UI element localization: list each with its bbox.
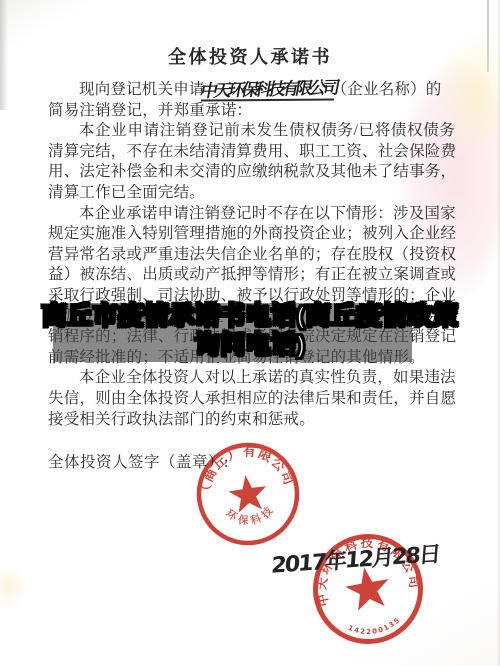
seo-banner-title-line1: 商丘市疫情承诺书电话(商丘疫情政策 — [0, 302, 500, 331]
seo-banner-title-line2: 询问电话) — [0, 331, 500, 360]
paragraph2-line: 清算完结，不存在未结清清算费用、职工工资、社会保险费 — [48, 142, 455, 163]
paragraph4-line: 失信，则由全体投资人承担相应的法律后果和责任，并自愿 — [48, 389, 455, 410]
seo-banner-title: 商丘市疫情承诺书电话(商丘疫情政策 询问电话) — [0, 302, 500, 360]
seal-bottom-text: 环保科技 — [222, 500, 280, 531]
document-title: 全体投资人承诺书 — [0, 43, 500, 69]
paragraph2-line: 本企业申请注销登记前未发生债权债务/已将债权债务 — [48, 121, 455, 142]
company-seal-shangqiu: （商丘）有限公司 环保科技 — [186, 432, 310, 556]
document-photo: 全体投资人承诺书 现向登记机关申请（企业名称）的 简易注销登记，并郑重承诺： 本… — [0, 0, 500, 666]
document-body: 现向登记机关申请（企业名称）的 简易注销登记，并郑重承诺： 本企业申请注销登记前… — [48, 80, 455, 430]
p1-suffix: （企业名称）的 — [332, 81, 442, 98]
paragraph3-line: 营异常名录或严重违法失信企业名单的；存在股权（投资权 — [48, 245, 455, 266]
handwritten-company-name: 中天环保科技有限公司 — [195, 73, 342, 102]
paragraph4-line: 接受相关行政执法部门的约束和惩戒。 — [48, 410, 455, 431]
paragraph3-line: 规定实施准入特别管理措施的外商投资企业；被列入企业经 — [48, 224, 455, 245]
paragraph3-line: 本企业承诺申请注销登记时不存在以下情形：涉及国家 — [48, 204, 455, 225]
paragraph2-line: 清算工作已全面完结。 — [48, 183, 455, 204]
p1-prefix: 现向登记机关申请 — [79, 81, 205, 98]
paragraph3-line: 益）被冻结、出质或动产抵押等情形；有正在被立案调查或 — [48, 265, 455, 286]
paper-stain-left — [0, 565, 28, 610]
paragraph4-line: 本企业全体投资人对以上承诺的真实性负责，如果违法 — [48, 368, 455, 389]
paragraph2-line: 用、法定补偿金和未交清的应缴纳税款及其他未了结事务， — [48, 162, 455, 183]
svg-text:环保科技: 环保科技 — [222, 500, 280, 531]
paragraph1-line2: 简易注销登记，并郑重承诺： — [48, 101, 455, 122]
seal-star-icon — [227, 473, 270, 514]
